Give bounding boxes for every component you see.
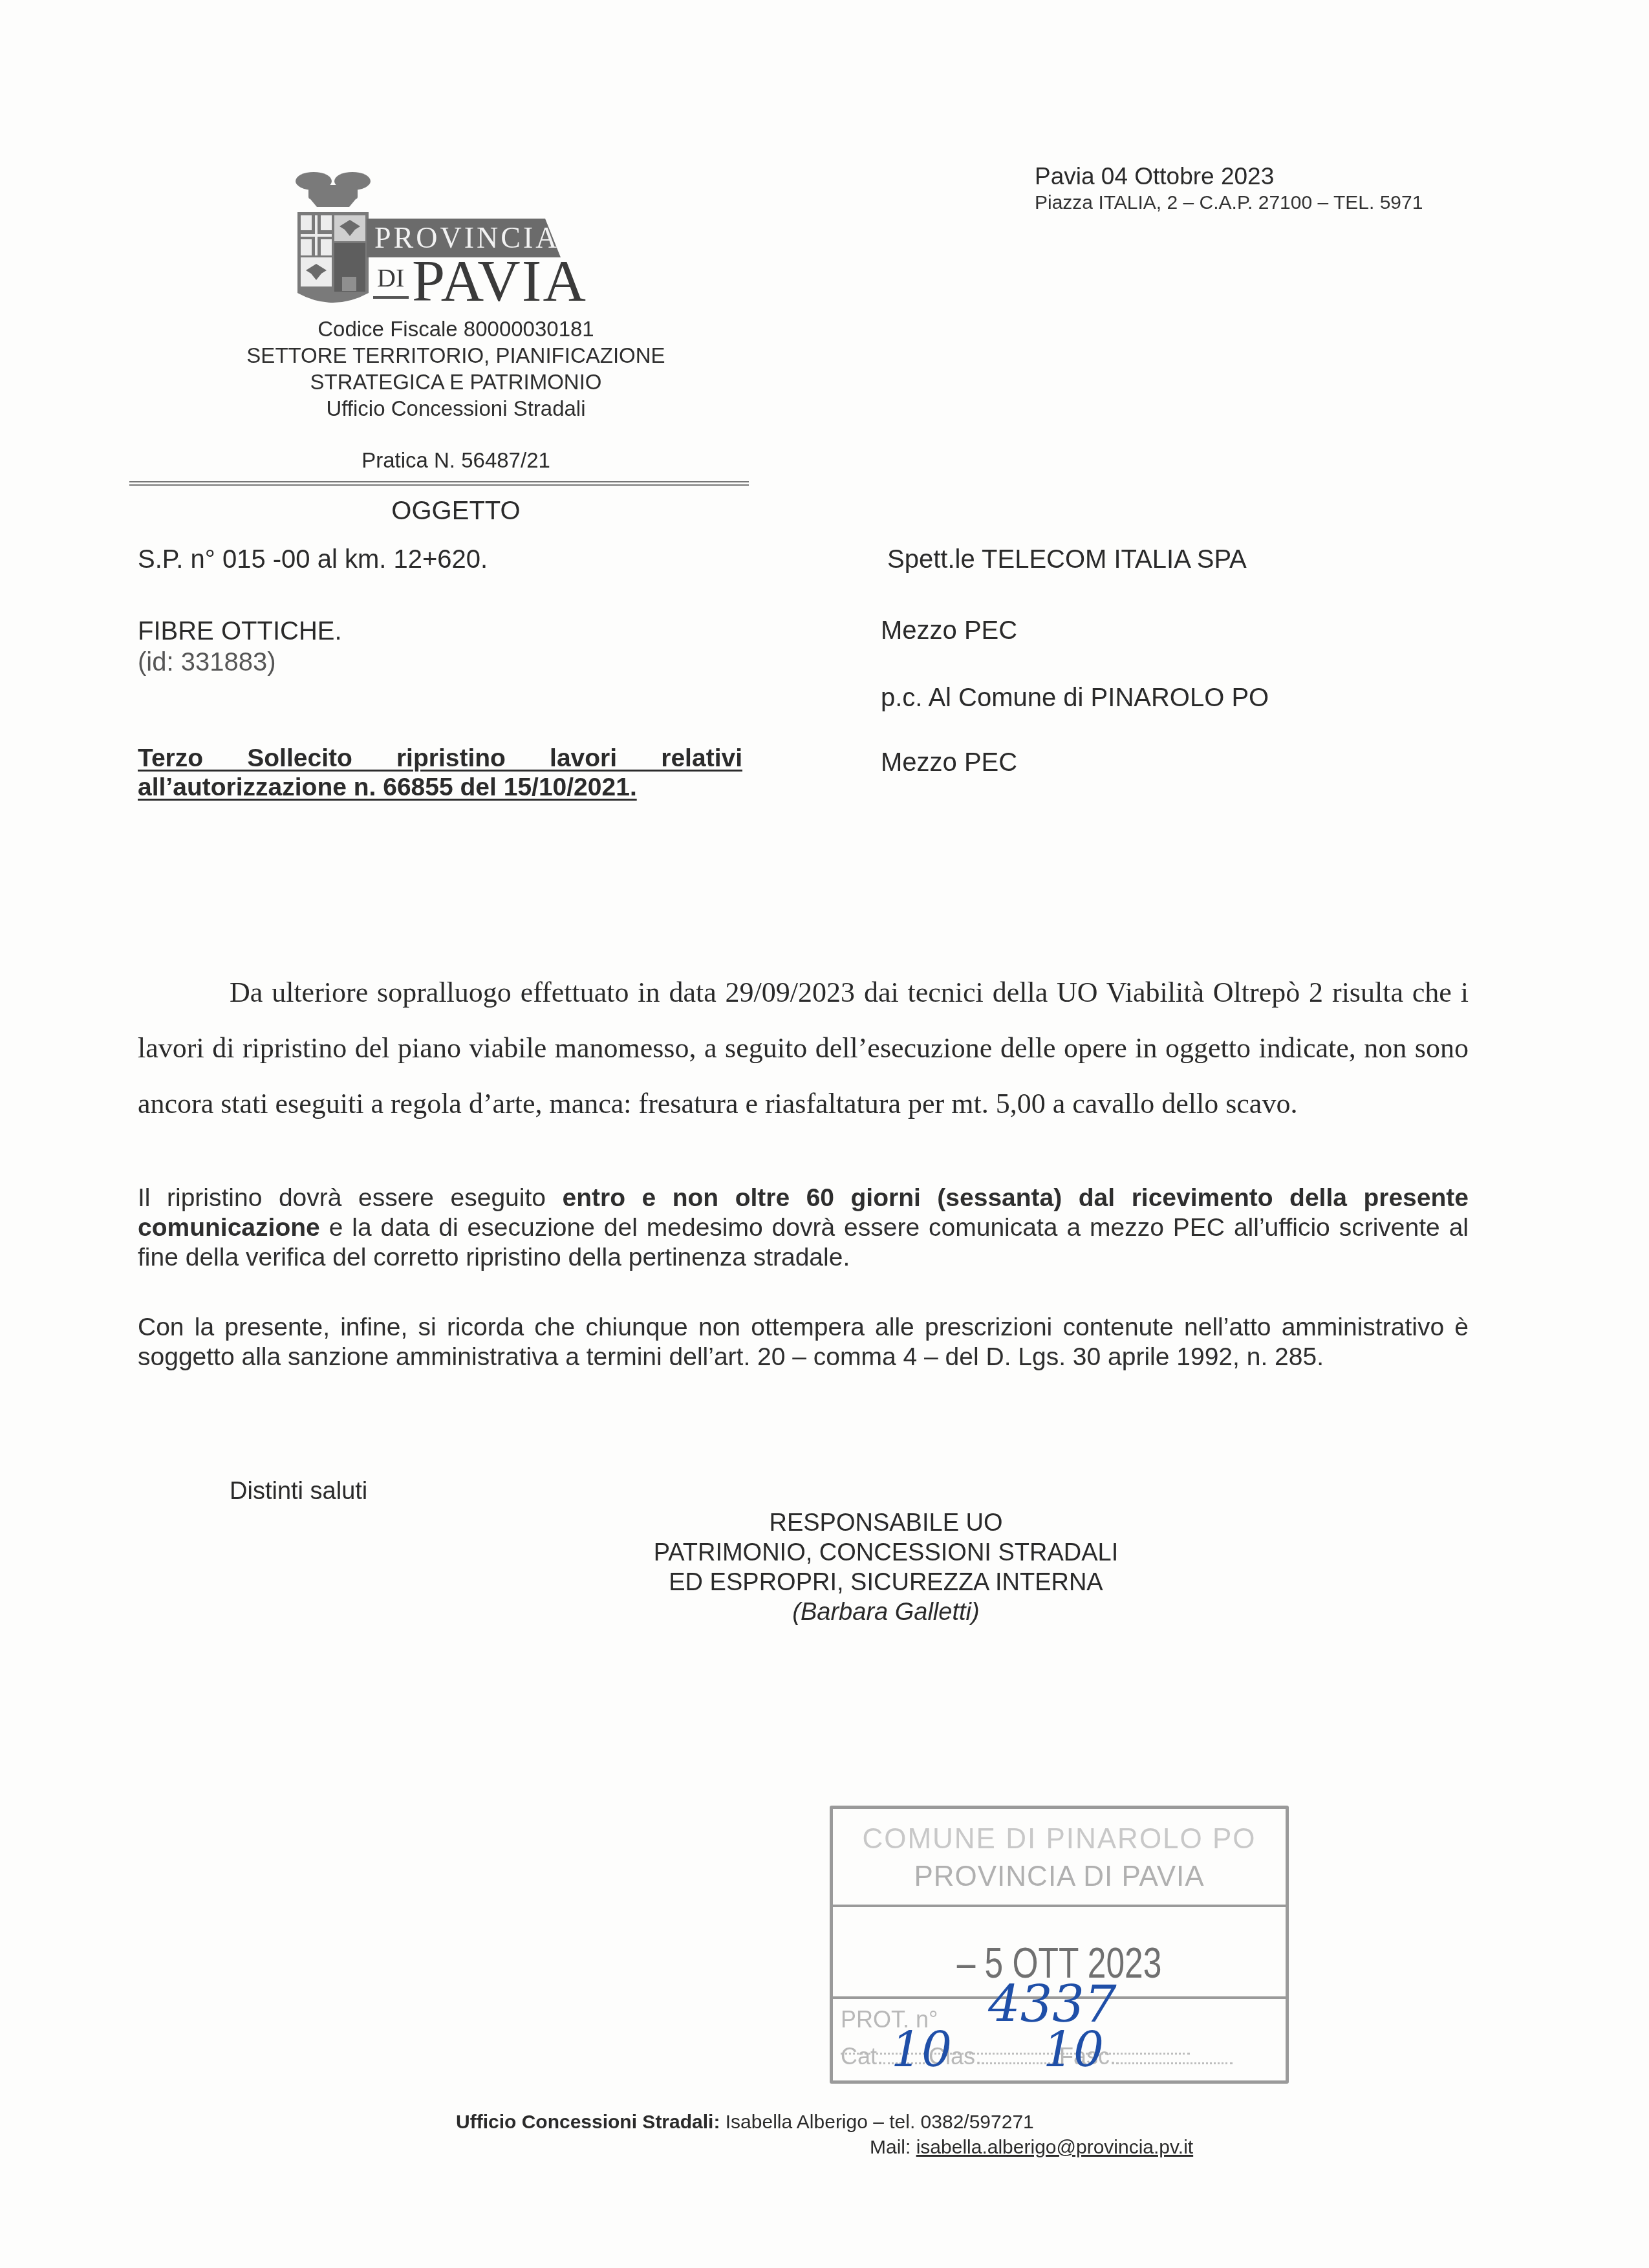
handwritten-category: 10 (891, 2022, 952, 2078)
oggetto-type: FIBRE OTTICHE. (138, 616, 342, 647)
department-block: Codice Fiscale 80000030181 SETTORE TERRI… (129, 316, 782, 422)
letter-date: Pavia 04 Ottobre 2023 (1035, 163, 1274, 190)
ufficio-name: Ufficio Concessioni Stradali (129, 395, 782, 422)
logo-di-rule (373, 296, 409, 299)
oggetto-id: (id: 331883) (138, 647, 342, 678)
recipient-cc-comune: p.c. Al Comune di PINAROLO PO (881, 684, 1269, 713)
footer-contact: Ufficio Concessioni Stradali: Isabella A… (456, 2111, 1034, 2133)
footer-mail-label: Mail: (870, 2137, 911, 2158)
logo-di-text: DI (377, 263, 404, 293)
provincia-logo: PROVINCIA DI PAVIA (294, 167, 579, 309)
oggetto-heading: OGGETTO (129, 497, 782, 526)
recipient-cc-channel: Mezzo PEC (881, 748, 1017, 777)
signature-title-1: RESPONSABILE UO (466, 1508, 1306, 1538)
pratica-number: Pratica N. 56487/21 (129, 448, 782, 473)
handwritten-class: 10 (1043, 2022, 1104, 2078)
oggetto-subject-line-1: Terzo Sollecito ripristino lavori relati… (138, 744, 742, 773)
body-paragraph-3: Con la presente, infine, si ricorda che … (138, 1313, 1469, 1372)
body-paragraph-3-text: Con la presente, infine, si ricorda che … (138, 1313, 1469, 1372)
recipient-telecom: Spett.le TELECOM ITALIA SPA (887, 545, 1247, 574)
office-address: Piazza ITALIA, 2 – C.A.P. 27100 – TEL. 5… (1035, 192, 1423, 214)
oggetto-subject-line-2: all’autorizzazione n. 66855 del 15/10/20… (138, 773, 742, 802)
settore-line-2: STRATEGICA E PATRIMONIO (129, 369, 782, 395)
settore-line-1: SETTORE TERRITORIO, PIANIFICAZIONE (129, 342, 782, 369)
closing-salutation: Distinti saluti (230, 1478, 367, 1506)
signature-block: RESPONSABILE UO PATRIMONIO, CONCESSIONI … (466, 1508, 1306, 1627)
codice-fiscale: Codice Fiscale 80000030181 (129, 316, 782, 342)
footer-office-label: Ufficio Concessioni Stradali: (456, 2111, 720, 2133)
stamp-organization-line-2: PROVINCIA DI PAVIA (846, 1861, 1273, 1893)
coat-of-arms-icon (294, 167, 372, 309)
body-paragraph-2: Il ripristino dovrà essere eseguito entr… (138, 1183, 1469, 1273)
stamp-organization-line-1: COMUNE DI PINAROLO PO (846, 1823, 1273, 1855)
stamp-cat-label: Cat. (841, 2043, 883, 2069)
header-divider (129, 481, 749, 486)
stamp-divider-1 (833, 1905, 1286, 1907)
oggetto-road: S.P. n° 015 -00 al km. 12+620. (138, 545, 488, 574)
protocol-stamp: COMUNE DI PINAROLO PO PROVINCIA DI PAVIA… (830, 1806, 1289, 2084)
signature-title-3: ED ESPROPRI, SICUREZZA INTERNA (466, 1568, 1306, 1597)
paragraph-2-rest: e la data di esecuzione del medesimo dov… (138, 1214, 1469, 1271)
oggetto-subject: Terzo Sollecito ripristino lavori relati… (138, 744, 742, 802)
recipient-telecom-channel: Mezzo PEC (881, 616, 1017, 645)
signature-title-2: PATRIMONIO, CONCESSIONI STRADALI (466, 1538, 1306, 1568)
oggetto-type-block: FIBRE OTTICHE. (id: 331883) (138, 616, 342, 678)
signer-name: (Barbara Galletti) (466, 1597, 1306, 1627)
logo-pavia-text: PAVIA (412, 251, 587, 310)
paragraph-2-intro: Il ripristino dovrà essere eseguito (138, 1184, 562, 1212)
body-paragraph-1: Da ulteriore sopralluogo effettuato in d… (138, 965, 1469, 1132)
footer-contact-person: Isabella Alberigo – tel. 0382/597271 (726, 2111, 1034, 2133)
footer-mail: Mail: isabella.alberigo@provincia.pv.it (870, 2137, 1193, 2159)
body-paragraph-1-text: Da ulteriore sopralluogo effettuato in d… (138, 965, 1469, 1132)
stamp-fasc-dots (1116, 2062, 1233, 2064)
footer-email-link[interactable]: isabella.alberigo@provincia.pv.it (916, 2137, 1193, 2158)
